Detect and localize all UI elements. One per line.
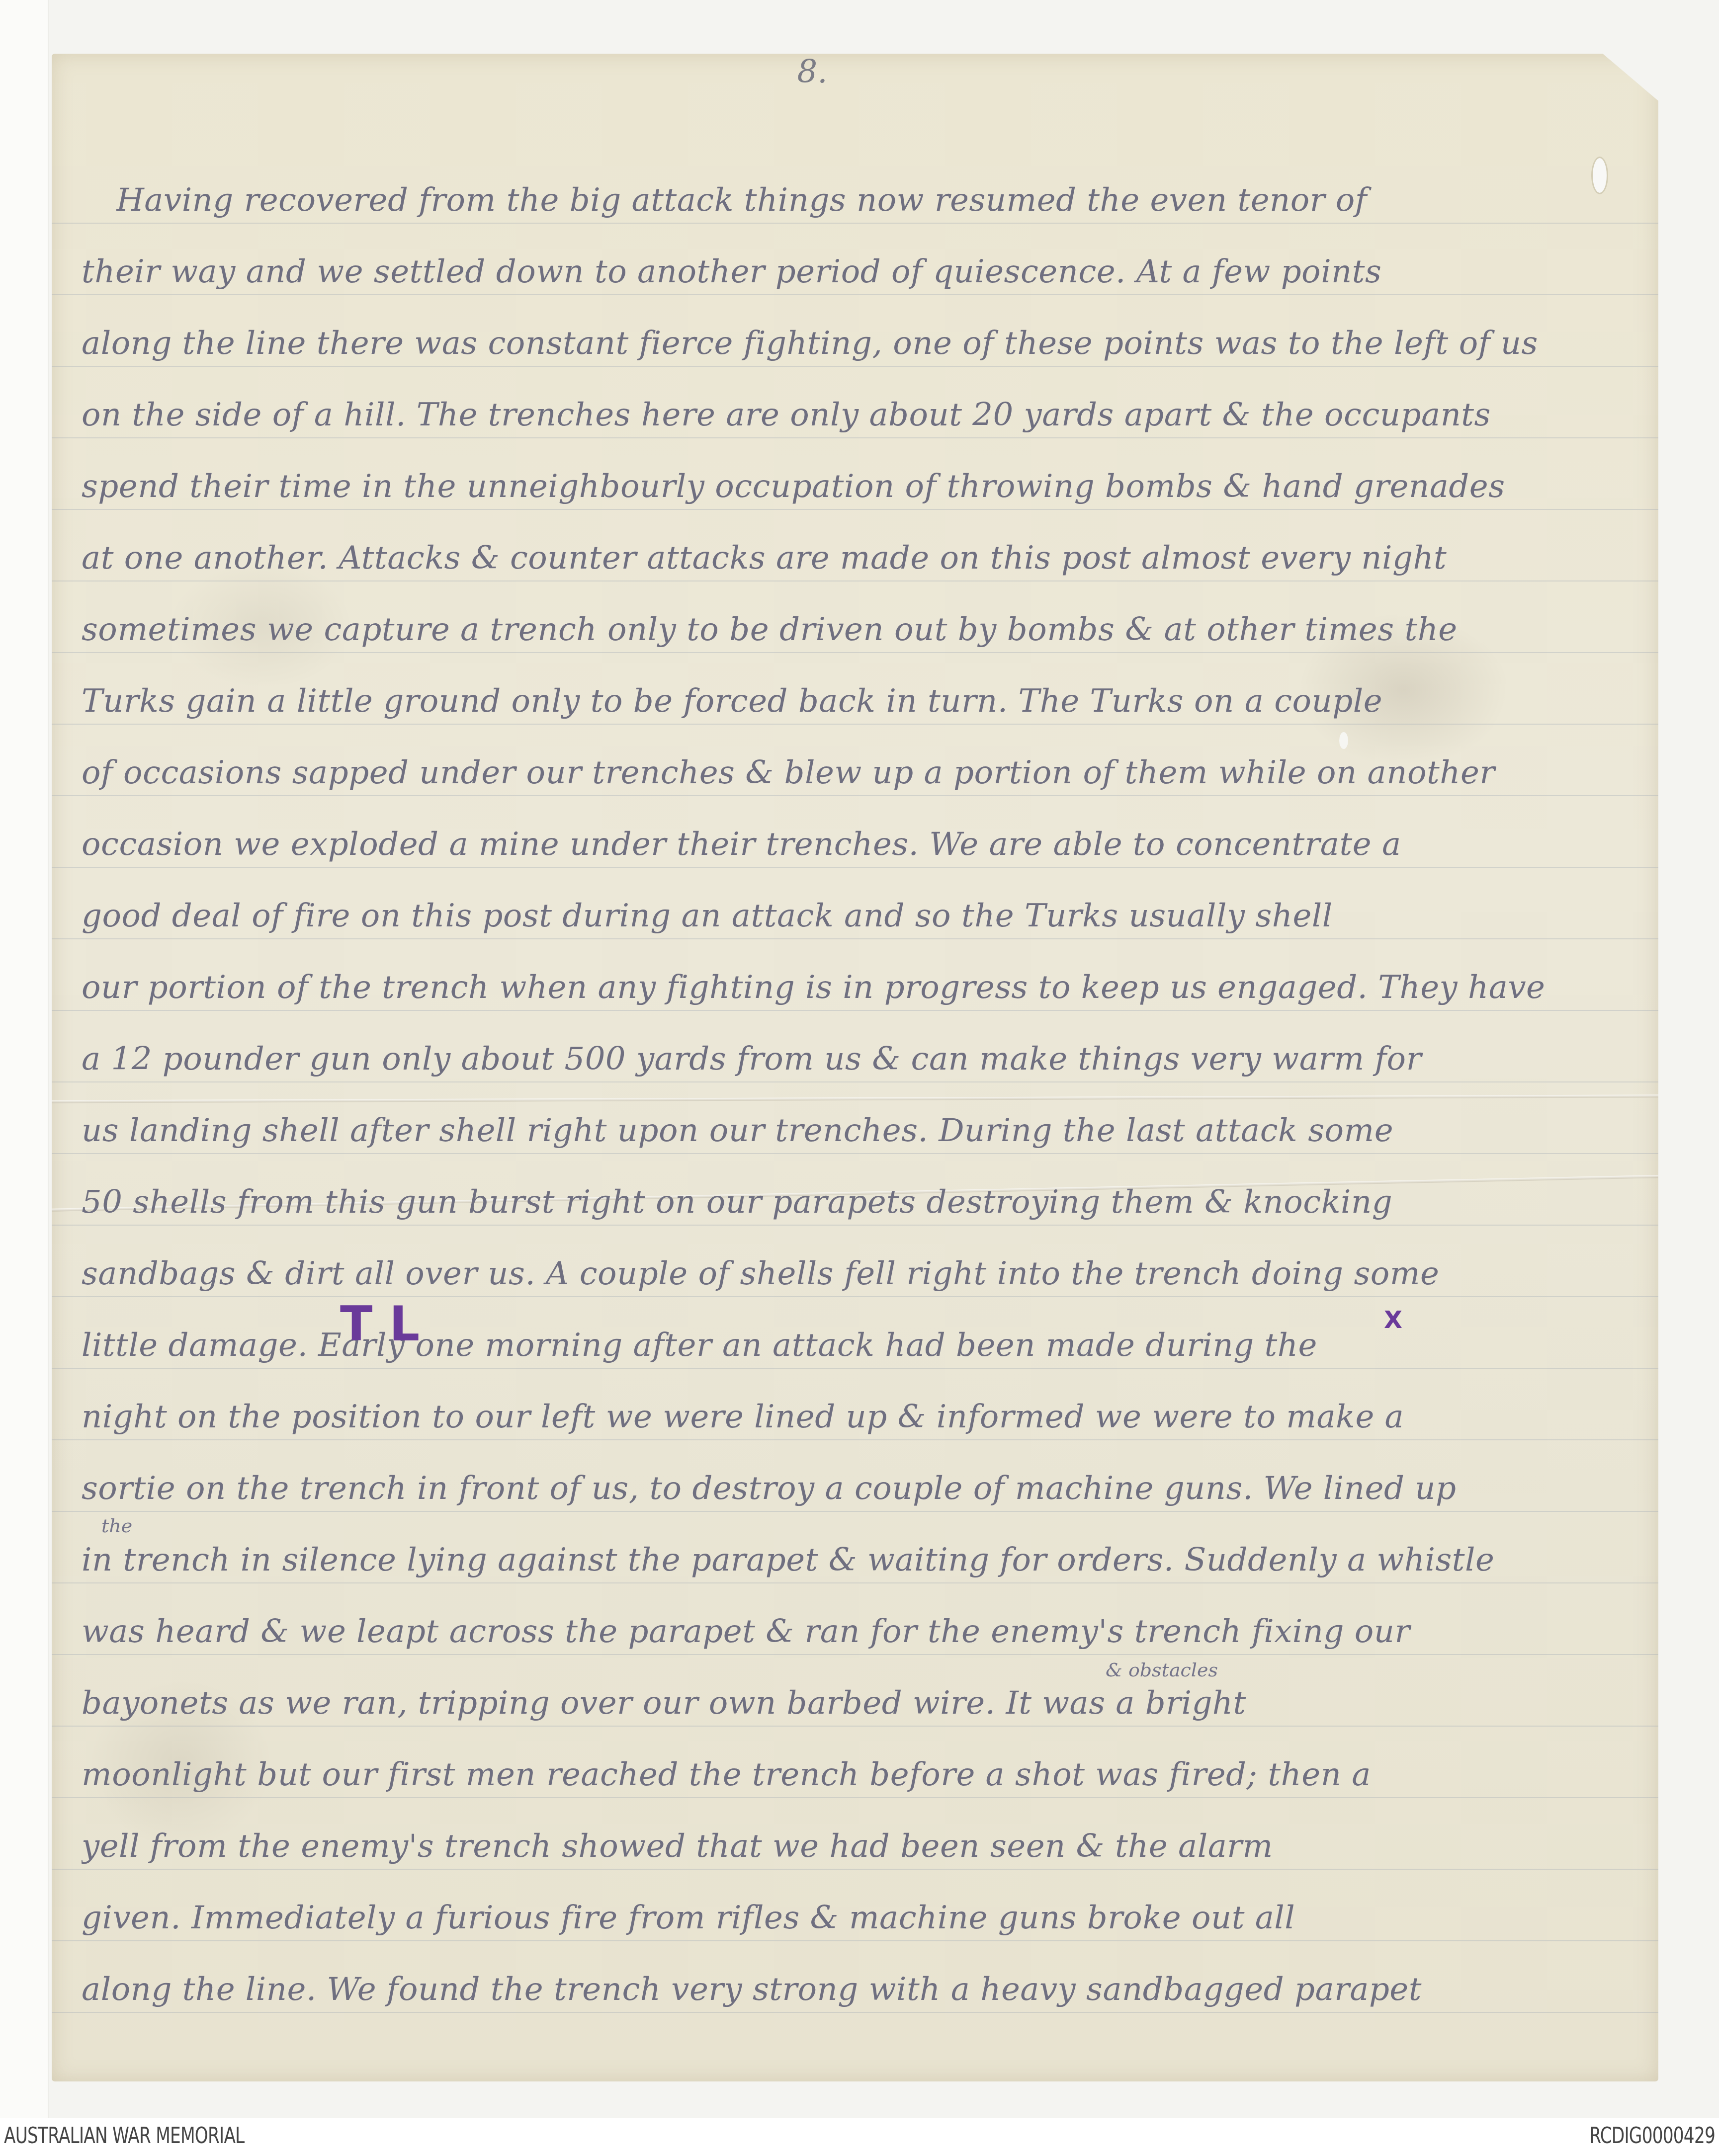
manuscript-line: their way and we settled down to another… (82, 249, 1633, 304)
manuscript-line: in trench in silence lying against the p… (82, 1538, 1633, 1592)
manuscript-line: occasion we exploded a mine under their … (82, 822, 1633, 877)
manuscript-line: spend their time in the unneighbourly oc… (82, 464, 1633, 519)
reference-id: RCDIG0000429 (1589, 2123, 1715, 2149)
manuscript-line: Turks gain a little ground only to be fo… (82, 679, 1633, 734)
manuscript-line: Having recovered from the big attack thi… (116, 178, 1667, 233)
manuscript-line: along the line there was constant fierce… (82, 321, 1633, 376)
footer: AUSTRALIAN WAR MEMORIAL RCDIG0000429 (0, 2123, 1719, 2156)
manuscript-line: on the side of a hill. The trenches here… (82, 393, 1633, 447)
manuscript-line: at one another. Attacks & counter attack… (82, 536, 1633, 590)
manuscript-line: bayonets as we ran, tripping over our ow… (82, 1681, 1633, 1736)
manuscript-page: 8. Having recovered from the big attack … (52, 54, 1658, 2081)
paper-tear (1339, 732, 1348, 749)
manuscript-line: good deal of fire on this post during an… (82, 894, 1633, 948)
manuscript-line: sometimes we capture a trench only to be… (82, 607, 1633, 662)
interlinear-insertion: & obstacles (1106, 1659, 1218, 1681)
manuscript-line: night on the position to our left we wer… (82, 1395, 1633, 1449)
manuscript-line: our portion of the trench when any fight… (82, 965, 1633, 1020)
manuscript-line: 50 shells from this gun burst right on o… (82, 1180, 1633, 1235)
manuscript-line: us landing shell after shell right upon … (82, 1108, 1633, 1163)
insert-mark: X (1384, 1306, 1402, 1334)
manuscript-line: a 12 pounder gun only about 500 yards fr… (82, 1037, 1633, 1091)
page-number: 8. (787, 54, 837, 90)
manuscript-line: yell from the enemy's trench showed that… (82, 1824, 1633, 1879)
manuscript-line: sortie on the trench in front of us, to … (82, 1466, 1633, 1521)
manuscript-line: was heard & we leapt across the parapet … (82, 1609, 1633, 1664)
manuscript-line: of occasions sapped under our trenches &… (82, 750, 1633, 805)
interlinear-insertion: the (101, 1515, 132, 1537)
manuscript-line: sandbags & dirt all over us. A couple of… (82, 1251, 1633, 1306)
manuscript-line: along the line. We found the trench very… (82, 1967, 1633, 2022)
manuscript-line: moonlight but our first men reached the … (82, 1752, 1633, 1807)
fold-crease (52, 1094, 1658, 1103)
institution-label: AUSTRALIAN WAR MEMORIAL (4, 2123, 244, 2149)
manuscript-line: given. Immediately a furious fire from r… (82, 1896, 1633, 1950)
paragraph-mark: T L (340, 1296, 420, 1352)
